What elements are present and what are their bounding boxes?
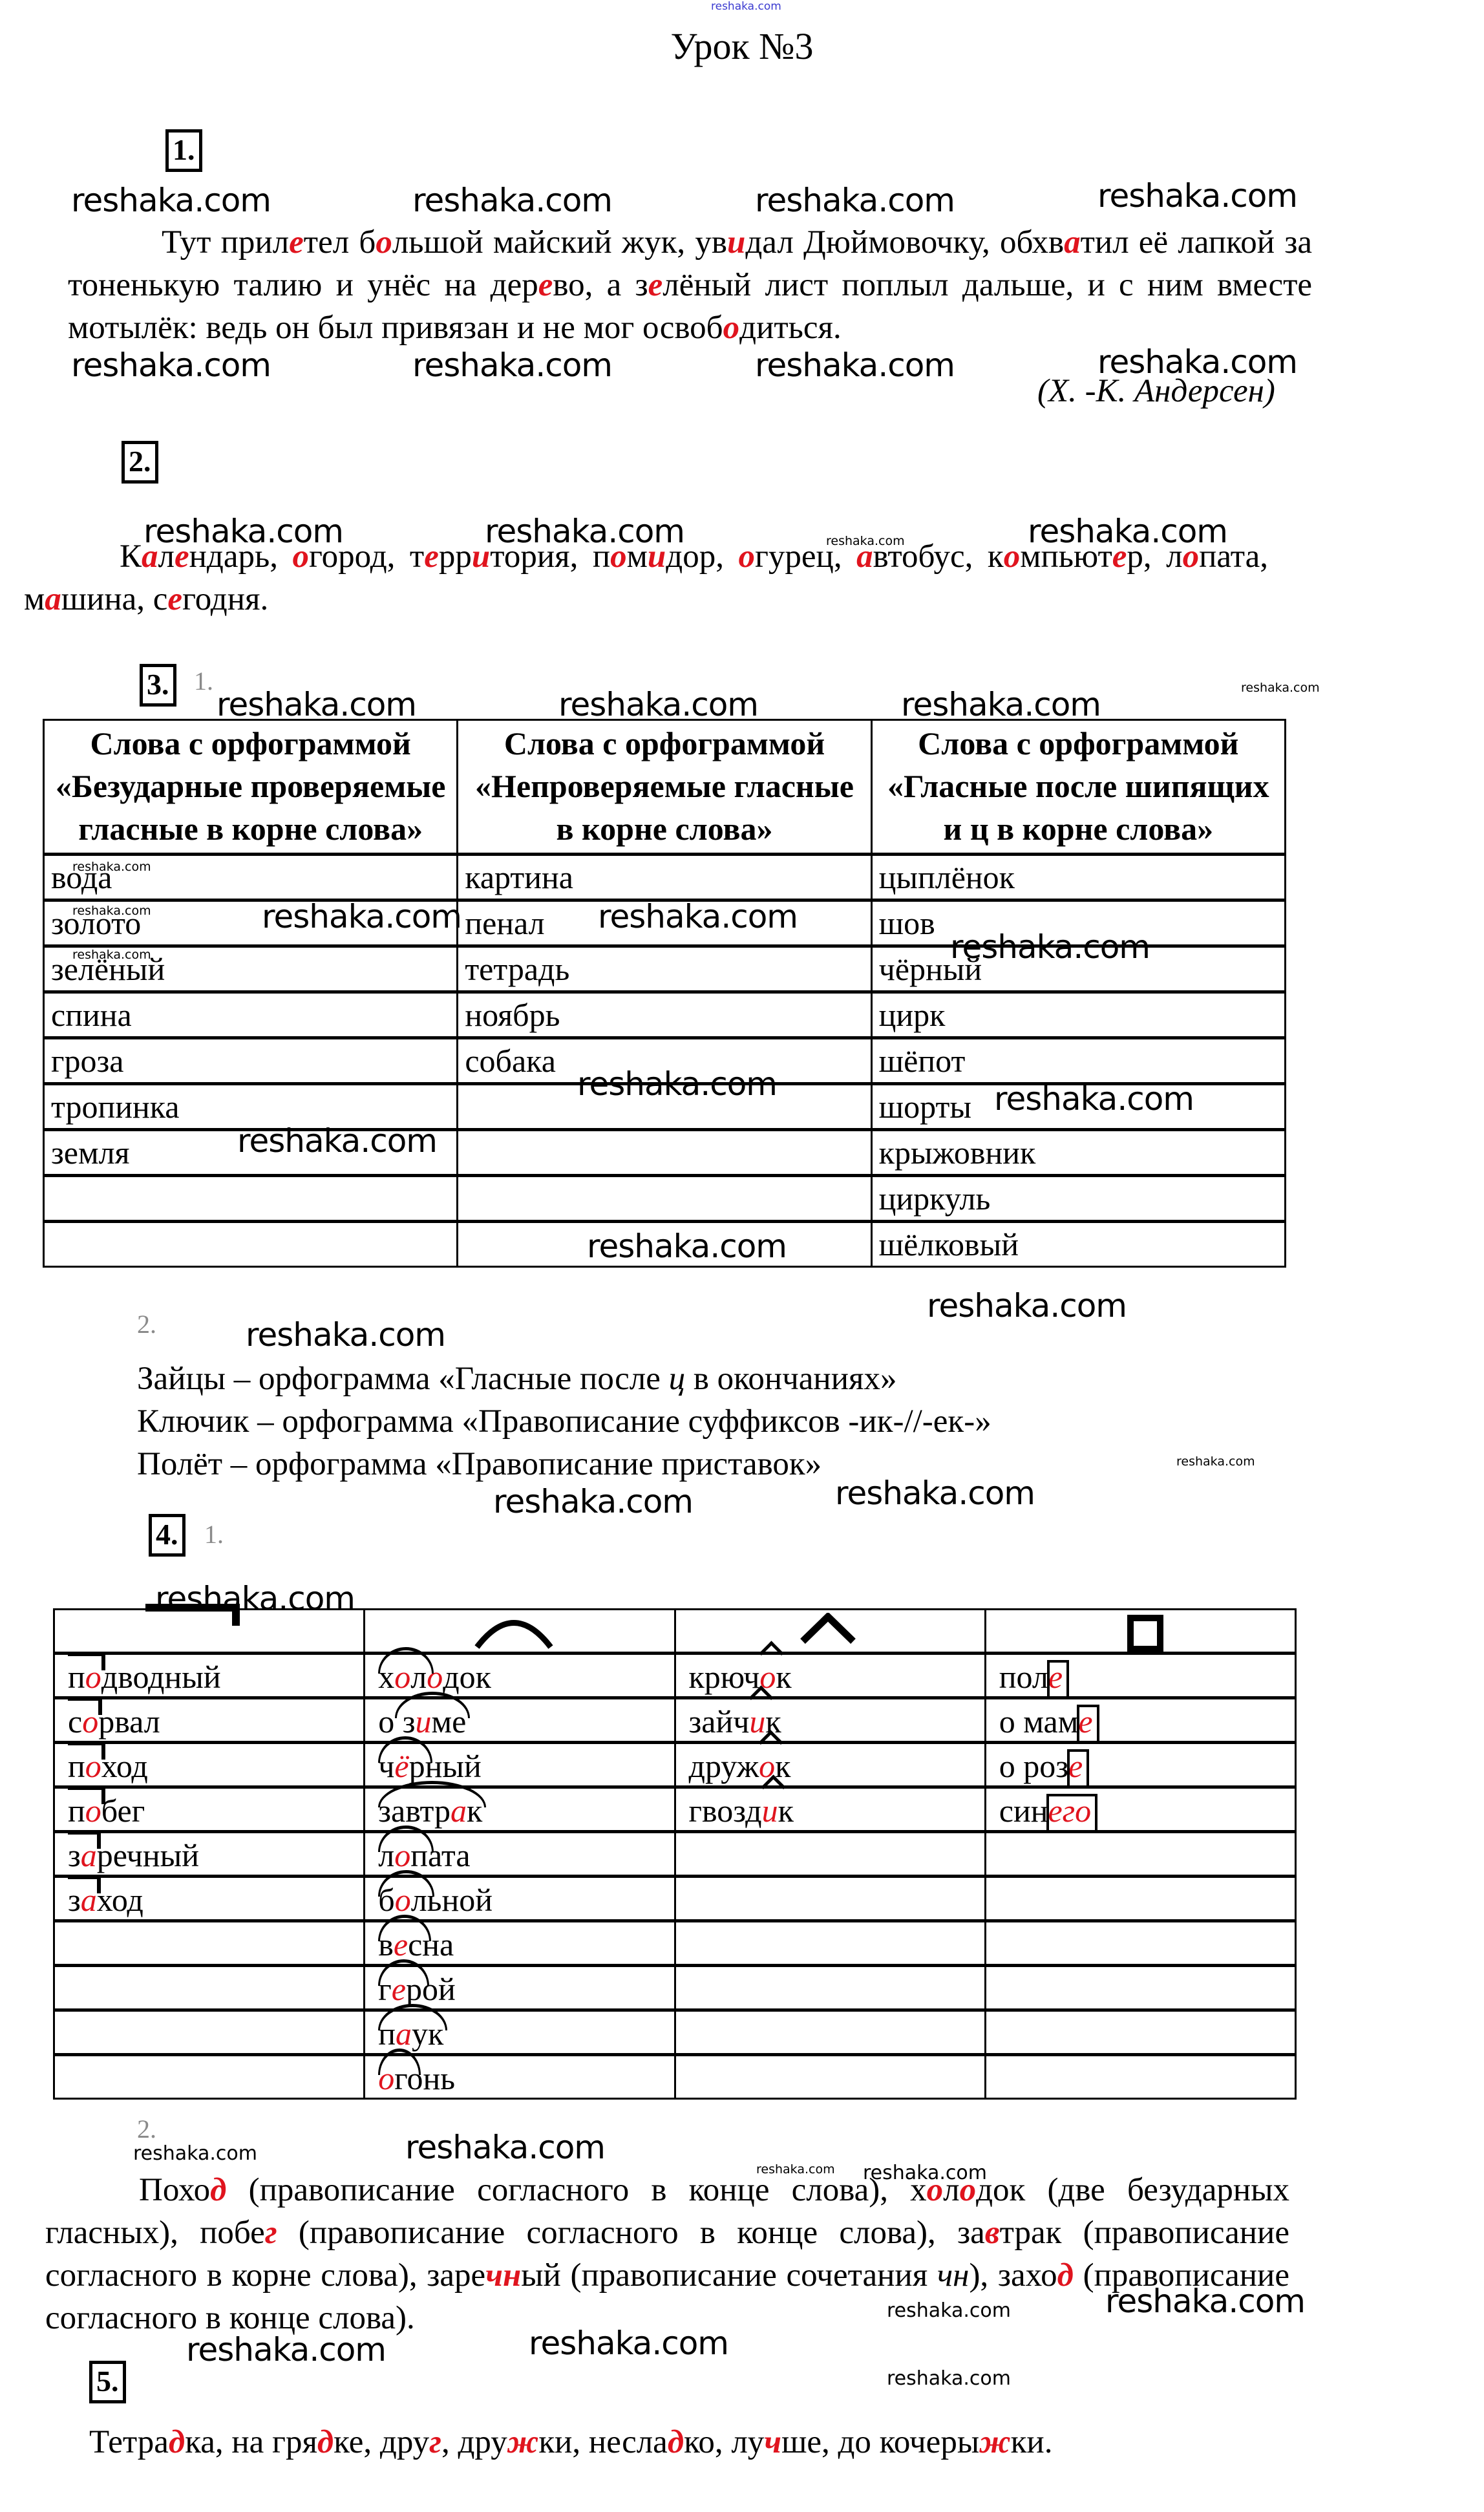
task-2-number: 2. [122, 441, 158, 484]
morpheme-word: о маме [999, 1702, 1093, 1741]
morpheme-word: побег [68, 1791, 145, 1830]
table-row: заходбольной [54, 1877, 1296, 1921]
table-cell: цыплёнок [871, 855, 1285, 900]
text-run: город, т [309, 538, 424, 575]
watermark: reshaka.com [72, 905, 151, 917]
task-5-text: Тетрадка, на грядке, друг, дружки, несла… [89, 2421, 1052, 2464]
table-cell: подводный [54, 1654, 365, 1698]
column-header: Слова с орфограммой «Безударные проверяе… [44, 720, 458, 855]
italic-text: чн [937, 2257, 970, 2294]
watermark: reshaka.com [246, 1319, 445, 1351]
text-run: ндарь, [189, 538, 293, 575]
text-run: мпьют [1020, 538, 1112, 575]
text-run: л [158, 538, 175, 575]
text-run: годня. [182, 581, 268, 617]
task-3-part-1-label: 1. [194, 666, 213, 696]
table-cell [675, 1966, 985, 2010]
text-run: р, л [1127, 538, 1182, 575]
highlighted-letter: о [610, 538, 627, 575]
watermark: reshaka.com [598, 900, 798, 933]
morpheme-word: больной [378, 1880, 493, 1919]
highlighted-letter: д [210, 2172, 226, 2208]
watermark: reshaka.com [755, 349, 955, 381]
table-cell: сорвал [54, 1698, 365, 1743]
highlighted-letter: е [175, 538, 189, 575]
table-row: герой [54, 1966, 1296, 2010]
table-row: подводныйхолодоккрючокполе [54, 1654, 1296, 1698]
table-cell: больной [365, 1877, 675, 1921]
watermark: reshaka.com [950, 931, 1150, 963]
highlighted-letter: е [424, 538, 439, 575]
table-row: огонь [54, 2055, 1296, 2099]
orthogram-table: Слова с орфограммой «Безударные проверяе… [43, 719, 1286, 1268]
text-run: тория, п [490, 538, 610, 575]
highlighted-letter: г [265, 2215, 277, 2251]
table-cell [458, 1176, 871, 1222]
text-run: К [120, 538, 142, 575]
morpheme-word: гвоздик [689, 1791, 794, 1830]
orthogram-line: Зайцы – орфограмма «Гласные после ц в ок… [137, 1357, 1300, 1400]
task-1-author: (Х. -К. Андерсен) [1037, 370, 1275, 412]
text-run: тел б [304, 224, 376, 261]
table-row: сорвало зимезайчико маме [54, 1698, 1296, 1743]
highlighted-letter: е [289, 224, 304, 261]
morpheme-word: поле [999, 1657, 1063, 1696]
highlighted-letter: о [1183, 538, 1200, 575]
morpheme-word: синего [999, 1791, 1091, 1830]
table-cell [44, 1222, 458, 1267]
watermark: reshaka.com [412, 349, 612, 381]
watermark: reshaka.com [155, 1582, 355, 1615]
text-run: гурец, [755, 538, 856, 575]
watermark: reshaka.com [1176, 1456, 1255, 1468]
text-run: во, а з [553, 267, 648, 303]
column-header: Слова с орфограммой «Гласные после шипящ… [871, 720, 1285, 855]
table-cell [985, 1921, 1295, 1966]
highlighted-letter: е [538, 267, 553, 303]
table-row: побегзавтракгвоздиксинего [54, 1787, 1296, 1832]
watermark: reshaka.com [901, 688, 1101, 721]
orthogram-line: Полёт – орфограмма «Правописание пристав… [137, 1443, 1300, 1485]
text-run: (правописание согласного в конце слова),… [226, 2172, 926, 2208]
table-cell: крючок [675, 1654, 985, 1698]
prefix-mark-icon [68, 1741, 105, 1760]
morpheme-word: огонь [378, 2059, 455, 2098]
highlighted-letter: а [856, 538, 873, 575]
table-cell: весна [365, 1921, 675, 1966]
prefix-mark-icon [68, 1875, 101, 1893]
morpheme-word: герой [378, 1970, 455, 2008]
highlighted-letter: г [429, 2424, 441, 2460]
table-cell: тетрадь [458, 946, 871, 992]
text-run: втобус, к [873, 538, 1004, 575]
prefix-mark-icon [68, 1652, 105, 1670]
orthogram-line: Ключик – орфограмма «Правописание суффик… [137, 1400, 1300, 1443]
text-run: , дру [441, 2424, 507, 2460]
text-run: ше, до кочеры [781, 2424, 979, 2460]
text-run: рр [439, 538, 472, 575]
table-cell: поход [54, 1743, 365, 1787]
watermark: reshaka.com [71, 184, 271, 217]
highlighted-letter: о [723, 310, 740, 346]
watermark: reshaka.com [217, 688, 416, 721]
table-cell: дружок [675, 1743, 985, 1787]
table-cell: ноябрь [458, 992, 871, 1038]
table-cell [985, 1966, 1295, 2010]
text-run: Тут прил [162, 224, 289, 261]
morpheme-table: подводныйхолодоккрючокполесорвало зимеза… [53, 1608, 1297, 2100]
watermark: reshaka.com [1241, 682, 1320, 694]
table-row: паук [54, 2010, 1296, 2055]
highlighted-letter: е [167, 581, 182, 617]
text-run: л [943, 2172, 959, 2208]
morpheme-word: о зиме [378, 1702, 466, 1741]
table-cell: поле [985, 1654, 1295, 1698]
ending-box-icon [1067, 1749, 1089, 1788]
watermark: reshaka.com [529, 2327, 728, 2359]
watermark: reshaka.com [587, 1230, 787, 1262]
highlighted-letter: и [749, 1703, 765, 1740]
column-header: Слова с орфограммой «Непроверяемые гласн… [458, 720, 871, 855]
table-cell [985, 2055, 1295, 2099]
watermark: reshaka.com [1097, 180, 1297, 212]
task-2-text: Календарь, огород, территория, помидор, … [24, 535, 1268, 621]
text-run: дал Дюймовочку, обхв [745, 224, 1064, 261]
text-run: (правописание согласного в конце слова),… [277, 2215, 985, 2251]
table-cell [675, 1877, 985, 1921]
page-title: Урок №3 [0, 25, 1484, 68]
table-row: походчёрныйдружоко розе [54, 1743, 1296, 1787]
table-cell [54, 2055, 365, 2099]
watermark: reshaka.com [493, 1485, 693, 1518]
table-cell: циркуль [871, 1176, 1285, 1222]
task-1-number: 1. [165, 129, 202, 172]
text-run: дор, [666, 538, 738, 575]
highlighted-letter: ж [979, 2424, 1011, 2460]
column-header [365, 1610, 675, 1654]
task-1-text: Тут прилетел большой майский жук, увидал… [68, 221, 1312, 349]
column-header [985, 1610, 1295, 1654]
table-cell [54, 1966, 365, 2010]
table-cell [675, 2055, 985, 2099]
task-3-part-2-label: 2. [137, 1309, 156, 1339]
text-run: Похо [139, 2172, 210, 2208]
task-4-number: 4. [149, 1514, 185, 1557]
table-cell [985, 1832, 1295, 1877]
watermark: reshaka.com [412, 184, 612, 217]
table-cell: заречный [54, 1832, 365, 1877]
watermark: reshaka.com [835, 1477, 1035, 1509]
text-run: ки. [1011, 2424, 1053, 2460]
morpheme-word: завтрак [378, 1791, 482, 1830]
morpheme-word: паук [378, 2014, 443, 2053]
highlighted-letter: чн [485, 2257, 521, 2294]
morpheme-word: заречный [68, 1836, 199, 1875]
morpheme-word: сорвал [68, 1702, 160, 1741]
highlighted-letter: е [648, 267, 663, 303]
task-4-part-2-label: 2. [137, 2114, 156, 2144]
watermark: reshaka.com [577, 1068, 777, 1100]
table-row: землякрыжовник [44, 1130, 1286, 1176]
watermark: reshaka.com [72, 949, 151, 961]
highlighted-letter: и [648, 538, 666, 575]
highlighted-letter: о [738, 538, 755, 575]
prefix-mark-icon [68, 1786, 105, 1804]
table-cell: картина [458, 855, 871, 900]
highlighted-letter: д [169, 2424, 185, 2460]
table-cell: о маме [985, 1698, 1295, 1743]
ending-box-icon [1077, 1705, 1099, 1743]
morpheme-word: крючок [689, 1657, 792, 1696]
table-cell: гвоздик [675, 1787, 985, 1832]
ending-box-icon [1046, 1794, 1097, 1833]
table-cell: огонь [365, 2055, 675, 2099]
prefix-mark-icon [68, 1831, 101, 1849]
highlighted-letter: д [1057, 2257, 1074, 2294]
watermark: reshaka.com [72, 861, 151, 873]
highlighted-letter: о [927, 2172, 944, 2208]
table-cell: паук [365, 2010, 675, 2055]
watermark: reshaka.com [1105, 2285, 1305, 2317]
ending-box-icon [1047, 1660, 1069, 1699]
table-cell [458, 1130, 871, 1176]
morpheme-word: подводный [68, 1657, 221, 1696]
table-cell: синего [985, 1787, 1295, 1832]
table-row: спинаноябрьцирк [44, 992, 1286, 1038]
watermark: reshaka.com [755, 184, 955, 217]
task-3-number: 3. [140, 664, 176, 707]
highlighted-letter: е [1112, 538, 1127, 575]
highlighted-letter: в [985, 2215, 1000, 2251]
task-4-part-1-label: 1. [204, 1519, 224, 1549]
morpheme-word: весна [378, 1925, 454, 1964]
watermark: reshaka.com [237, 1125, 437, 1157]
table-cell: гроза [44, 1038, 458, 1084]
table-cell [54, 2010, 365, 2055]
morpheme-word: о розе [999, 1747, 1083, 1785]
highlighted-letter: а [1064, 224, 1081, 261]
watermark: reshaka.com [887, 2369, 1011, 2389]
watermark: reshaka.com [887, 2301, 1011, 2321]
table-cell [985, 2010, 1295, 2055]
morpheme-word: чёрный [378, 1747, 481, 1785]
text-run: диться. [739, 310, 842, 346]
morpheme-word: лопата [378, 1836, 470, 1875]
morpheme-word: заход [68, 1880, 143, 1919]
text-run: Тетра [89, 2424, 169, 2460]
morpheme-word: поход [68, 1747, 148, 1785]
text-run: м [627, 538, 648, 575]
table-row: циркуль [44, 1176, 1286, 1222]
watermark: reshaka.com [133, 2144, 257, 2164]
highlighted-letter: а [45, 581, 61, 617]
table-cell: крыжовник [871, 1130, 1285, 1176]
table-cell: спина [44, 992, 458, 1038]
text-run: ка, на гря [185, 2424, 317, 2460]
morpheme-word: холодок [378, 1657, 491, 1696]
watermark: reshaka.com [558, 688, 758, 721]
highlighted-letter: а [142, 538, 158, 575]
table-row: заречныйлопата [54, 1832, 1296, 1877]
table-row: водакартинацыплёнок [44, 855, 1286, 900]
watermark: reshaka.com [71, 349, 271, 381]
table-cell [44, 1176, 458, 1222]
table-cell [675, 2010, 985, 2055]
highlighted-letter: ж [507, 2424, 539, 2460]
text-run: ке, дру [334, 2424, 429, 2460]
column-header [675, 1610, 985, 1654]
highlighted-letter: д [317, 2424, 334, 2460]
watermark: reshaka.com [994, 1083, 1194, 1115]
table-cell: о розе [985, 1743, 1295, 1787]
table-cell: побег [54, 1787, 365, 1832]
watermark: reshaka.com [186, 2334, 386, 2366]
watermark: reshaka.com [927, 1290, 1127, 1322]
table-cell [675, 1921, 985, 1966]
text-run: ки, несла [538, 2424, 668, 2460]
table-cell: холодок [365, 1654, 675, 1698]
table-cell: о зиме [365, 1698, 675, 1743]
table-cell: лопата [365, 1832, 675, 1877]
table-cell: зайчик [675, 1698, 985, 1743]
highlighted-letter: и [472, 538, 490, 575]
text-run: ый (правописание сочетания [521, 2257, 937, 2294]
table-cell [54, 1921, 365, 1966]
table-cell: цирк [871, 992, 1285, 1038]
table-cell: завтрак [365, 1787, 675, 1832]
highlighted-letter: о [1004, 538, 1021, 575]
prefix-mark-icon [68, 1697, 102, 1715]
top-watermark: reshaka.com [711, 1, 781, 12]
highlighted-letter: и [727, 224, 745, 261]
text-run: шина, с [61, 581, 168, 617]
highlighted-letter: о [293, 538, 310, 575]
table-cell: чёрный [365, 1743, 675, 1787]
table-cell: заход [54, 1877, 365, 1921]
text-run: ), захо [969, 2257, 1057, 2294]
task-3-part-2-lines: Зайцы – орфограмма «Гласные после ц в ок… [137, 1357, 1300, 1485]
highlighted-letter: ч [764, 2424, 781, 2460]
table-cell [675, 1832, 985, 1877]
highlighted-letter: и [762, 1793, 778, 1829]
table-cell: шёлковый [871, 1222, 1285, 1267]
table-row: весна [54, 1921, 1296, 1966]
text-run: льшой майский жук, ув [392, 224, 727, 261]
text-run: ко, лу [684, 2424, 764, 2460]
watermark: reshaka.com [405, 2131, 605, 2164]
watermark: reshaka.com [262, 900, 461, 933]
highlighted-letter: о [376, 224, 392, 261]
table-cell: шёпот [871, 1038, 1285, 1084]
table-cell [985, 1877, 1295, 1921]
highlighted-letter: о [960, 2172, 977, 2208]
task-4-part-2-text: Поход (правописание согласного в конце с… [45, 2169, 1289, 2339]
highlighted-letter: д [668, 2424, 684, 2460]
task-5-number: 5. [89, 2361, 126, 2403]
